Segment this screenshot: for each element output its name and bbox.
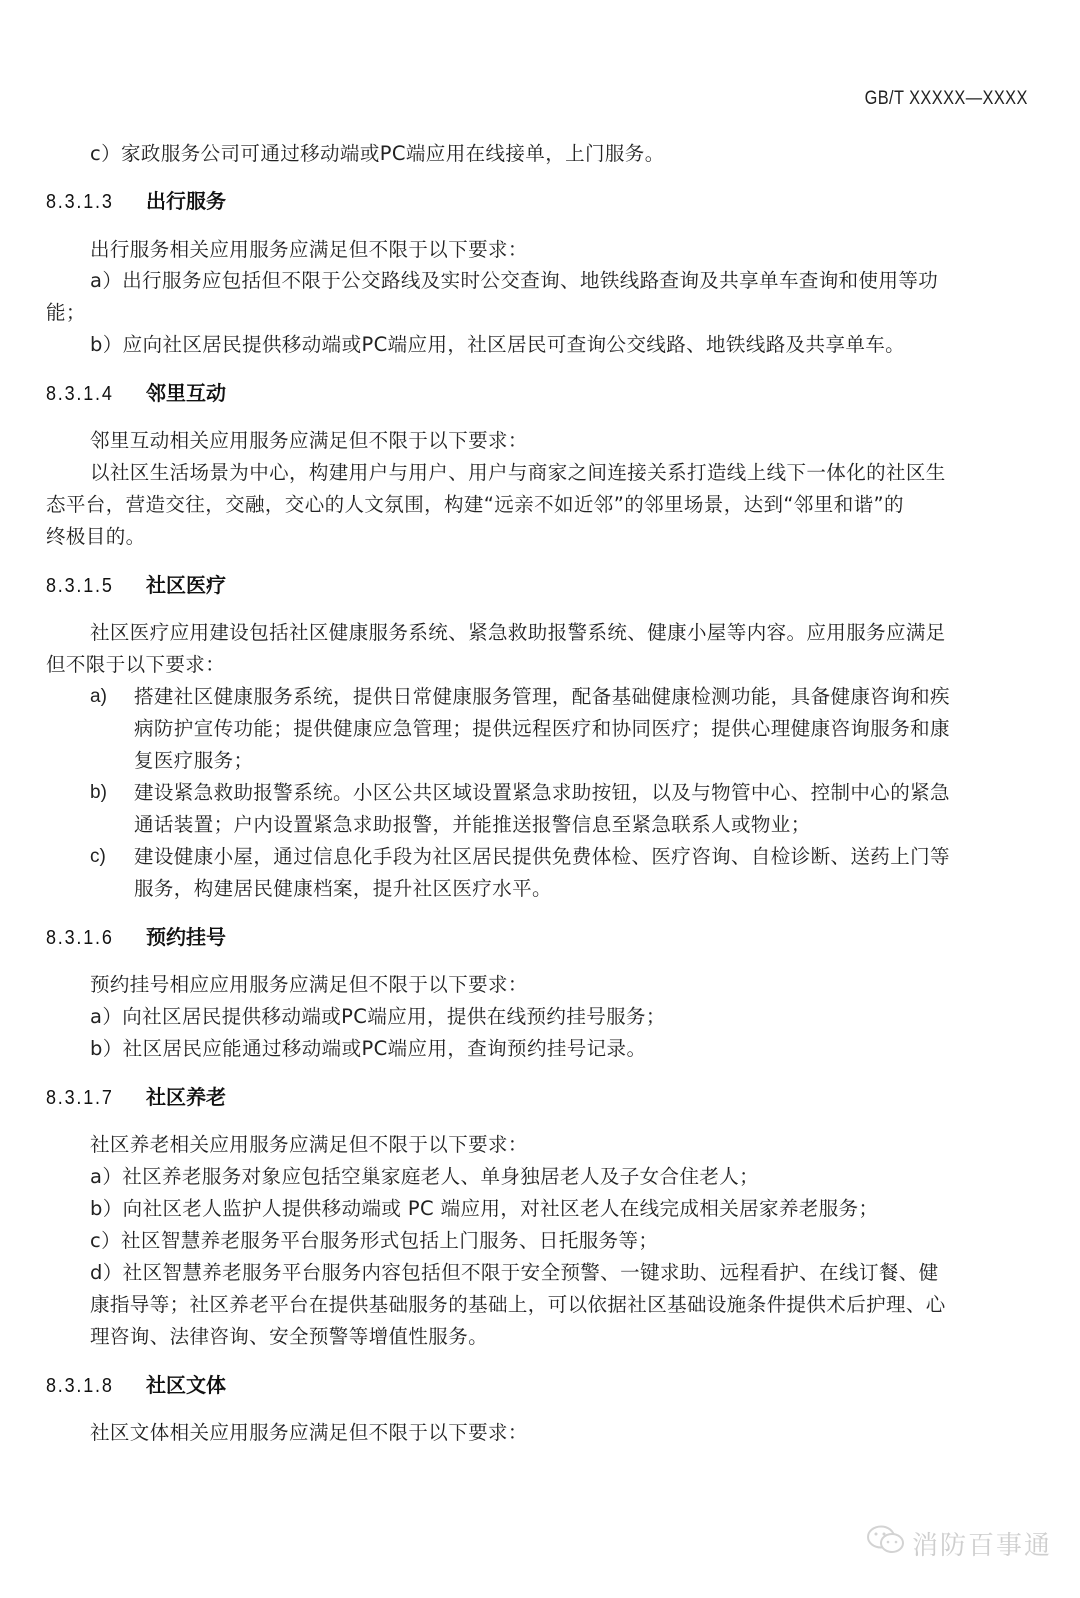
list-item-a: 搭建社区健康服务系统，提供日常健康服务管理，配备基础健康检测功能，具备健康咨询和… <box>134 684 950 710</box>
section-intro: 预约挂号相应应用服务应满足但不限于以下要求： <box>90 972 528 998</box>
list-marker-a: a) <box>90 684 107 710</box>
list-item-a-continued: 病防护宣传功能；提供健康应急管理；提供远程医疗和协同医疗；提供心理健康咨询服务和… <box>134 716 950 742</box>
list-item-c: 建设健康小屋，通过信息化手段为社区居民提供免费体检、医疗咨询、自检诊断、送药上门… <box>134 844 950 870</box>
list-item-c-housekeeping: c）家政服务公司可通过移动端或PC端应用在线接单，上门服务。 <box>90 141 665 167</box>
list-item-b: b）应向社区居民提供移动端或PC端应用，社区居民可查询公交线路、地铁线路及共享单… <box>90 332 905 358</box>
section-title: 预约挂号 <box>146 925 226 949</box>
section-number: 8.3.1.8 <box>46 1373 122 1399</box>
section-title: 邻里互动 <box>146 381 226 405</box>
section-intro: 社区医疗应用建设包括社区健康服务系统、紧急救助报警系统、健康小屋等内容。应用服务… <box>90 620 946 646</box>
watermark-text: 消防百事通 <box>912 1525 1052 1562</box>
list-item-c-continued: 服务，构建居民健康档案，提升社区医疗水平。 <box>134 876 552 902</box>
section-heading-8-3-1-3: 8.3.1.3出行服务 <box>46 188 226 215</box>
section-heading-8-3-1-6: 8.3.1.6预约挂号 <box>46 924 226 951</box>
section-intro: 邻里互动相关应用服务应满足但不限于以下要求： <box>90 428 528 454</box>
list-item-b: b）向社区老人监护人提供移动端或 PC 端应用，对社区老人在线完成相关居家养老服… <box>90 1196 878 1222</box>
watermark: 消防百事通 <box>866 1524 1052 1563</box>
list-item-b: b）社区居民应能通过移动端或PC端应用，查询预约挂号记录。 <box>90 1036 646 1062</box>
paragraph-line: 以社区生活场景为中心，构建用户与用户、用户与商家之间连接关系打造线上线下一体化的… <box>90 460 946 486</box>
standard-code-header: GB/T XXXXX—XXXX <box>865 88 1028 110</box>
list-item-d-continued: 康指导等；社区养老平台在提供基础服务的基础上，可以依据社区基础设施条件提供术后护… <box>90 1292 946 1318</box>
section-intro: 社区文体相关应用服务应满足但不限于以下要求： <box>90 1420 528 1446</box>
section-heading-8-3-1-4: 8.3.1.4邻里互动 <box>46 380 226 407</box>
section-intro-continued: 但不限于以下要求： <box>46 652 225 678</box>
list-marker-c: c) <box>90 844 106 870</box>
section-heading-8-3-1-5: 8.3.1.5社区医疗 <box>46 572 226 599</box>
section-number: 8.3.1.5 <box>46 573 122 599</box>
list-item-a: a）出行服务应包括但不限于公交路线及实时公交查询、地铁线路查询及共享单车查询和使… <box>90 268 938 294</box>
list-item-d: d）社区智慧养老服务平台服务内容包括但不限于安全预警、一键求助、远程看护、在线订… <box>90 1260 939 1286</box>
paragraph-line: 终极目的。 <box>46 524 146 550</box>
section-number: 8.3.1.4 <box>46 381 122 407</box>
wechat-icon <box>866 1524 912 1563</box>
paragraph-line: 态平台，营造交往，交融，交心的人文氛围，构建“远亲不如近邻”的邻里场景，达到“邻… <box>46 492 904 518</box>
list-item-a-continued: 能； <box>46 300 86 326</box>
section-title: 社区医疗 <box>146 573 226 597</box>
section-number: 8.3.1.7 <box>46 1085 122 1111</box>
section-title: 社区养老 <box>146 1085 226 1109</box>
section-number: 8.3.1.3 <box>46 189 122 215</box>
list-item-b: 建设紧急救助报警系统。小区公共区域设置紧急求助按钮，以及与物管中心、控制中心的紧… <box>134 780 950 806</box>
section-number: 8.3.1.6 <box>46 925 122 951</box>
list-item-a: a）社区养老服务对象应包括空巢家庭老人、单身独居老人及子女合住老人； <box>90 1164 759 1190</box>
list-item-a: a）向社区居民提供移动端或PC端应用，提供在线预约挂号服务； <box>90 1004 666 1030</box>
list-item-a-continued: 复医疗服务； <box>134 748 253 774</box>
section-intro: 出行服务相关应用服务应满足但不限于以下要求： <box>90 237 528 263</box>
list-item-d-continued: 理咨询、法律咨询、安全预警等增值性服务。 <box>90 1324 488 1350</box>
section-intro: 社区养老相关应用服务应满足但不限于以下要求： <box>90 1132 528 1158</box>
section-title: 出行服务 <box>146 189 226 213</box>
section-heading-8-3-1-8: 8.3.1.8社区文体 <box>46 1372 226 1399</box>
section-title: 社区文体 <box>146 1373 226 1397</box>
list-item-c: c）社区智慧养老服务平台服务形式包括上门服务、日托服务等； <box>90 1228 658 1254</box>
list-item-b-continued: 通话装置；户内设置紧急求助报警，并能推送报警信息至紧急联系人或物业； <box>134 812 811 838</box>
section-heading-8-3-1-7: 8.3.1.7社区养老 <box>46 1084 226 1111</box>
list-marker-b: b) <box>90 780 107 806</box>
